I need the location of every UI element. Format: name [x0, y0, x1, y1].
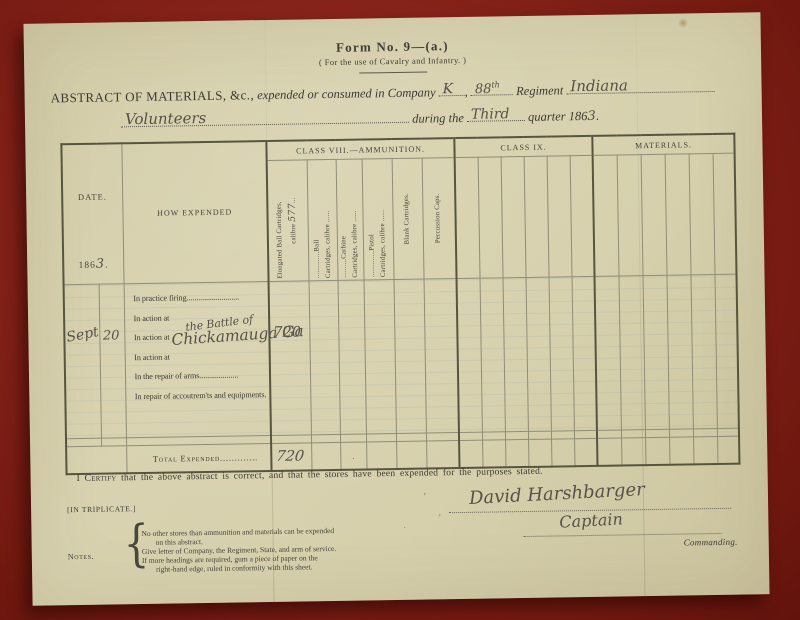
- col-elongated-ball-cartridges: Elongated Ball Cartridges, calibre 577..…: [267, 160, 309, 282]
- title-period: .: [596, 109, 599, 123]
- class9-empty-cell: [549, 277, 574, 431]
- date-year-digit: 3: [96, 256, 106, 271]
- materials-empty-cell: [597, 438, 621, 466]
- materials-empty-column: [689, 154, 715, 275]
- class9-empty-column: [501, 156, 526, 277]
- date-label: DATE.: [78, 191, 107, 201]
- company-blank: K: [439, 83, 465, 96]
- title-expended: expended or consumed in Company: [257, 85, 436, 102]
- date-year: 1863.: [78, 256, 108, 271]
- materials-empty-cell: [667, 275, 693, 429]
- title-line-1: ABSTRACT OF MATERIALS, &c., expended or …: [51, 79, 715, 106]
- title-quarter-label: quarter 186: [528, 109, 588, 124]
- total-amount-entry: 720: [271, 448, 305, 465]
- ammo-empty-cell: [364, 280, 396, 434]
- abstract-table: DATE. 1863. HOW EXPENDED CLASS VIII.—AMM…: [60, 133, 740, 476]
- title-regiment: Regiment: [516, 83, 563, 98]
- class9-empty-cell: [459, 440, 482, 468]
- how-expended-header: HOW EXPENDED: [121, 141, 268, 284]
- how-expended-cell: In practice firing......................…: [124, 282, 271, 438]
- materials-empty-cell: [693, 436, 717, 464]
- month-entry: Sept: [65, 324, 100, 346]
- ammo-empty-cell: [394, 279, 426, 433]
- materials-empty-column: [593, 155, 619, 276]
- col-ball-cartridges: ..............BallCartridges, calibre ..…: [307, 159, 338, 280]
- class9-empty-column: [570, 155, 595, 276]
- row-repair-accoutrements: In repair of accoutrem'ts and equipments…: [135, 385, 270, 407]
- col-carbine-cartridges: ..........CarbineCartridges, calibre ...…: [336, 159, 364, 280]
- materials-empty-cell: [619, 276, 645, 430]
- quarter-blank: Third: [467, 108, 525, 122]
- date-header-cell: DATE. 1863.: [61, 143, 123, 284]
- row-practice-firing: In practice firing......................…: [133, 287, 268, 309]
- title-comma: ,: [465, 85, 468, 99]
- class9-empty-column: [524, 156, 549, 277]
- signature: David Harshbarger: [469, 479, 646, 509]
- class9-empty-cell: [503, 277, 528, 431]
- col-percussion-caps: Percussion Caps.: [422, 158, 457, 280]
- notes-label: Notes.: [68, 552, 95, 561]
- entry-row: Sept 20 In practice firing..............…: [64, 274, 739, 439]
- total-date-cell: [66, 446, 126, 474]
- materials-empty-cell: [645, 437, 669, 465]
- materials-empty-cell: [669, 437, 693, 465]
- volunteers-blank: Volunteers: [121, 110, 409, 128]
- in-triplicate-note: [IN TRIPLICATE.]: [67, 504, 136, 514]
- class9-empty-cell: [505, 439, 528, 467]
- date-day-cell: 20: [99, 284, 126, 438]
- class9-empty-cell: [482, 440, 505, 468]
- photo-of-document: { "header": { "form_no": "Form No. 9—(a.…: [0, 0, 800, 620]
- title-during: during the: [412, 111, 464, 126]
- document-paper: Form No. 9—(a.) ( For the use of Cavalry…: [23, 12, 769, 606]
- total-dot-cell: .: [340, 442, 366, 470]
- pen-mark: ’: [423, 492, 427, 503]
- ammo-empty-cell: [396, 441, 426, 469]
- class9-header: CLASS IX.: [454, 136, 592, 158]
- materials-empty-cell: [595, 276, 621, 430]
- elongated-cartridges-amount-cell: 720: [269, 281, 311, 436]
- col-pistol-cartridges: ..............PistolCartridges, calibre …: [362, 159, 394, 280]
- ammo-empty-cell: [309, 280, 340, 434]
- class9-empty-cell: [480, 278, 505, 432]
- total-label: Total Expended.............: [126, 443, 271, 473]
- quarter-entry: Third: [471, 106, 510, 123]
- title-abstract: ABSTRACT OF MATERIALS, &c.,: [51, 87, 255, 105]
- regiment-no-entry: 88th: [475, 80, 500, 97]
- class9-empty-column: [455, 157, 480, 278]
- materials-header: MATERIALS.: [592, 134, 734, 156]
- state-entry: Indiana: [570, 76, 628, 95]
- header-divider: [359, 71, 427, 73]
- ammo-empty-cell: [424, 279, 459, 434]
- ammo-empty-cell: [366, 442, 396, 470]
- materials-empty-column: [665, 154, 691, 275]
- title-line-2: Volunteers during the Third quarter 1863…: [121, 107, 599, 132]
- class9-empty-cell: [551, 439, 574, 467]
- calibre-hand-entry: 577: [286, 203, 297, 222]
- class9-empty-cell: [528, 439, 551, 467]
- materials-empty-cell: [643, 275, 669, 429]
- materials-empty-column: [641, 154, 667, 275]
- class9-empty-column: [547, 156, 572, 277]
- materials-empty-column: [713, 153, 737, 274]
- ammo-empty-cell: [311, 442, 340, 470]
- volunteers-entry: Volunteers: [125, 109, 207, 128]
- class9-empty-cell: [572, 276, 597, 430]
- class9-empty-cell: [574, 438, 597, 466]
- ammo-empty-cell: [426, 441, 460, 469]
- total-amount-cell: 720: [271, 443, 311, 471]
- row-in-action-3: In action at: [134, 346, 269, 368]
- regiment-no-blank: 88th: [471, 82, 513, 96]
- notes-lines: No other stores than ammunition and mate…: [141, 524, 442, 574]
- col-blank-cartridges: Blank Cartridges.: [392, 158, 424, 279]
- paper-stain: [678, 17, 687, 28]
- pen-mark: ,: [437, 507, 443, 518]
- rank-entry: Captain: [559, 509, 623, 531]
- materials-empty-column: [617, 155, 643, 276]
- ammo-empty-cell: [338, 280, 366, 434]
- materials-empty-cell: [691, 274, 717, 428]
- materials-empty-cell: [621, 438, 645, 466]
- date-month-cell: Sept: [64, 284, 101, 439]
- materials-empty-cell: [717, 436, 739, 464]
- commanding-label: Commanding.: [592, 537, 738, 549]
- class9-empty-cell: [526, 277, 551, 431]
- day-entry: 20: [103, 328, 120, 343]
- class9-empty-column: [478, 157, 503, 278]
- materials-empty-cell: [715, 274, 739, 428]
- state-blank: Indiana: [566, 79, 714, 94]
- year-digit-entry: 3: [587, 109, 596, 124]
- company-entry: K: [443, 81, 454, 97]
- class9-empty-cell: [457, 278, 482, 432]
- row-repair-arms: In the repair of arms...................…: [134, 365, 269, 387]
